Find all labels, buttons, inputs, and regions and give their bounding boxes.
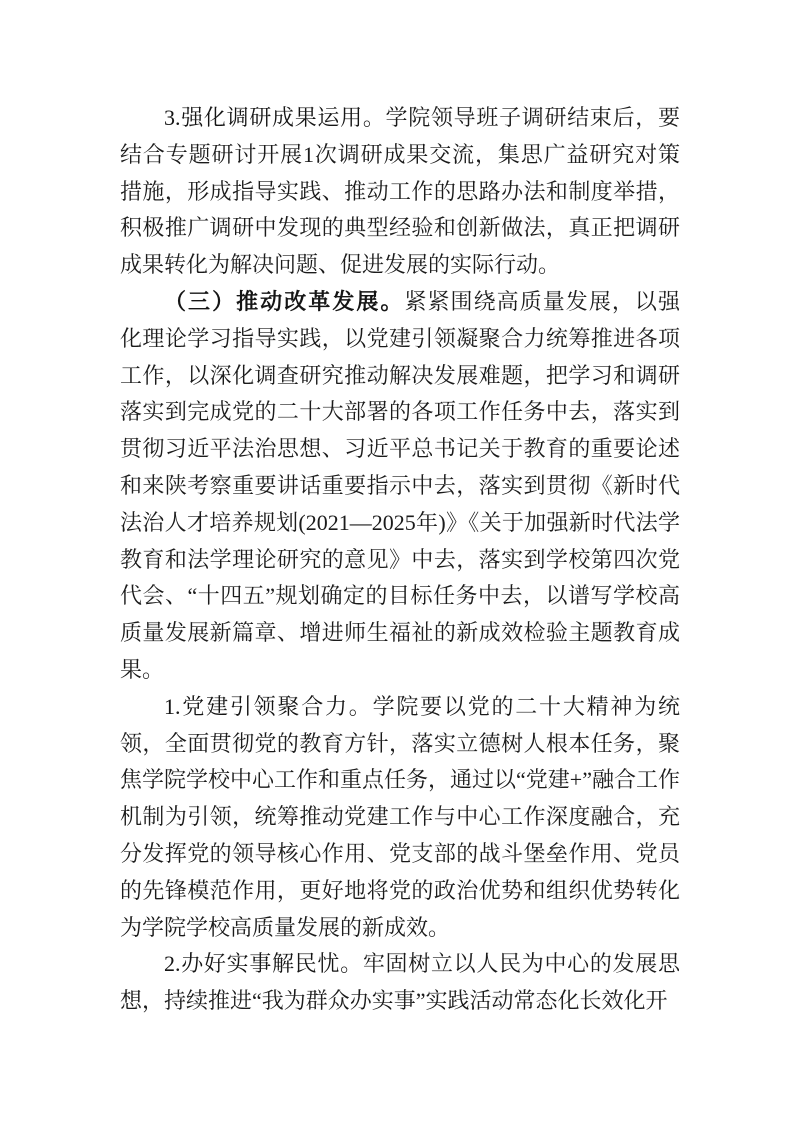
paragraph-practical-matters: 2.办好实事解民忧。牢固树立以人民为中心的发展思想，持续推进“我为群众办实事”实… [120, 946, 680, 1020]
paragraph-body: 紧紧围绕高质量发展，以强化理论学习指导实践，以党建引领凝聚合力统筹推进各项工作，… [120, 289, 680, 682]
document-page: 3.强化调研成果运用。学院领导班子调研结束后，要结合专题研讨开展1次调研成果交流… [0, 0, 793, 1122]
paragraph-party-building: 1.党建引领聚合力。学院要以党的二十大精神为统领，全面贯彻党的教育方针，落实立德… [120, 689, 680, 947]
document-body: 3.强化调研成果运用。学院领导班子调研结束后，要结合专题研讨开展1次调研成果交流… [120, 100, 680, 1020]
paragraph-body: 学院要以党的二十大精神为统领，全面贯彻党的教育方针，落实立德树人根本任务，聚焦学… [120, 694, 680, 940]
paragraph-lead: 1.党建引领聚合力。 [164, 694, 373, 719]
paragraph-body: 学院领导班子调研结束后，要结合专题研讨开展1次调研成果交流，集思广益研究对策措施… [120, 105, 680, 277]
paragraph-promote-reform-development: （三）推动改革发展。紧紧围绕高质量发展，以强化理论学习指导实践，以党建引领凝聚合… [120, 284, 680, 689]
paragraph-lead-bold-heading: （三）推动改革发展。 [164, 289, 404, 314]
paragraph-lead: 3.强化调研成果运用。 [164, 105, 386, 130]
paragraph-lead: 2.办好实事解民忧。 [164, 951, 363, 976]
paragraph-research-results: 3.强化调研成果运用。学院领导班子调研结束后，要结合专题研讨开展1次调研成果交流… [120, 100, 680, 284]
